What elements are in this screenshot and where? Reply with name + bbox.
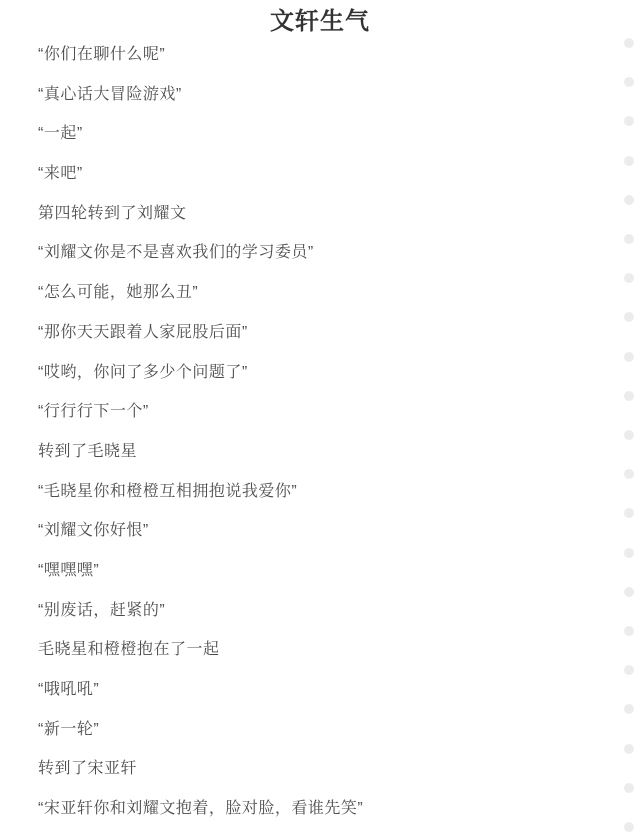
paragraph-line: “怎么可能，她那么丑” (38, 284, 600, 302)
paragraph-line: “你们在聊什么呢” (38, 46, 600, 64)
article-body: “你们在聊什么呢”“真心话大冒险游戏”“一起”“来吧”第四轮转到了刘耀文“刘耀文… (0, 37, 640, 818)
article-page: 文轩生气 “你们在聊什么呢”“真心话大冒险游戏”“一起”“来吧”第四轮转到了刘耀… (0, 0, 640, 837)
page-title: 文轩生气 (0, 0, 640, 37)
paragraph-line: 第四轮转到了刘耀文 (38, 205, 600, 223)
paragraph-line: “嘿嘿嘿” (38, 562, 600, 580)
paragraph-line: “别废话，赶紧的” (38, 602, 600, 620)
paragraph-line: 转到了毛晓星 (38, 443, 600, 461)
paragraph-line: “刘耀文你是不是喜欢我们的学习委员” (38, 244, 600, 262)
paragraph-line: 转到了宋亚轩 (38, 760, 600, 778)
paragraph-line: “那你天天跟着人家屁股后面” (38, 324, 600, 342)
paragraph-line: “真心话大冒险游戏” (38, 86, 600, 104)
paragraph-line: “行行行下一个” (38, 403, 600, 421)
paragraph-line: “毛晓星你和橙橙互相拥抱说我爱你” (38, 483, 600, 501)
edge-dot-icon (624, 822, 634, 832)
paragraph-line: 毛晓星和橙橙抱在了一起 (38, 641, 600, 659)
paragraph-line: “来吧” (38, 165, 600, 183)
paragraph-line: “宋亚轩你和刘耀文抱着，脸对脸，看谁先笑” (38, 800, 600, 818)
paragraph-line: “一起” (38, 125, 600, 143)
paragraph-line: “哎哟，你问了多少个问题了” (38, 364, 600, 382)
paragraph-line: “哦吼吼” (38, 681, 600, 699)
paragraph-line: “刘耀文你好恨” (38, 522, 600, 540)
paragraph-line: “新一轮” (38, 721, 600, 739)
